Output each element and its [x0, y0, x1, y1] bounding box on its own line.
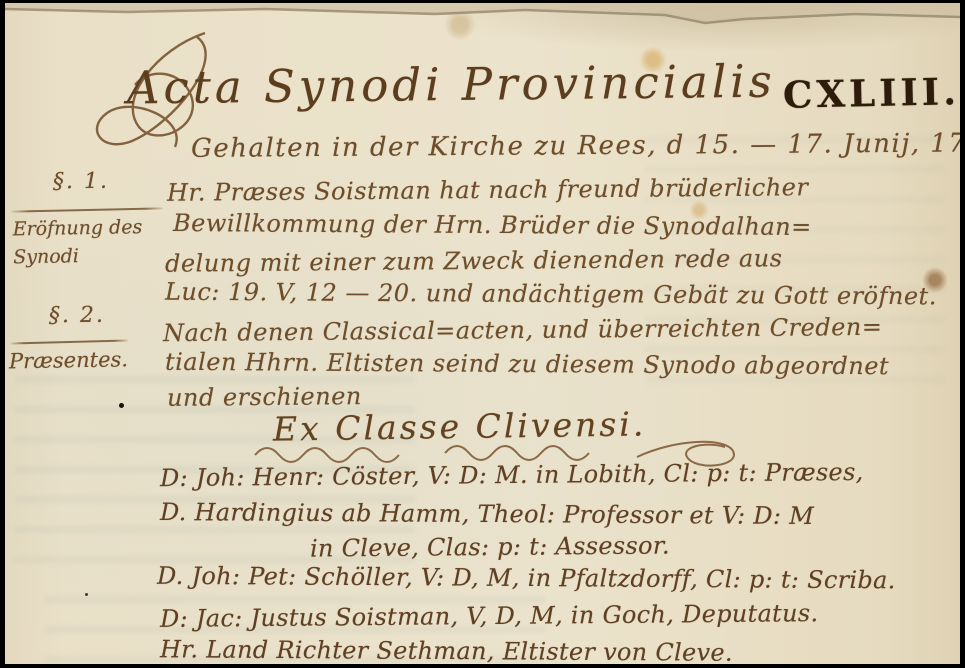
body-line: Hr. Præses Soistman hat nach freund brüd…: [167, 173, 809, 207]
margin-label-1: Eröfnung des Synodi: [13, 214, 169, 272]
body-line: Nach denen Classical=acten, und überreic…: [163, 313, 883, 347]
manuscript-page: Acta Synodi Provincialis CXLIII. Gehalte…: [0, 0, 965, 668]
body-line: Bewillkommung der Hrn. Brüder die Synoda…: [173, 209, 812, 241]
body-line: und erschienen: [167, 382, 362, 412]
margin-section-2: §. 2.: [49, 303, 105, 328]
margin-label-2: Præsentes.: [9, 344, 165, 377]
attendee-line: in Cleve, Clas: p: t: Assessor.: [310, 531, 670, 562]
page-title: Acta Synodi Provincialis: [127, 55, 776, 115]
body-line: delung mit einer zum Zweck dienenden red…: [165, 244, 783, 277]
ink-dot: [85, 593, 88, 596]
margin-rule-1: [11, 207, 163, 212]
attendee-line: Hr. Land Richter Sethman, Eltister von C…: [160, 635, 733, 666]
title-numeral: CXLIII.: [783, 69, 961, 117]
body-line: tialen Hhrn. Eltisten seind zu diesem Sy…: [165, 348, 889, 380]
body-line: Luc: 19. V, 12 — 20. und andächtigem Geb…: [165, 278, 937, 311]
attendee-line: D. Joh: Pet: Schöller, V: D, M, in Pfalt…: [157, 562, 896, 595]
ink-dot: [119, 403, 124, 408]
margin-section-1: §. 1.: [53, 169, 109, 194]
dateline: Gehalten in der Kirche zu Rees, d 15. — …: [191, 128, 965, 164]
attendee-line: D: Jac: Justus Soistman, V, D, M, in Goc…: [160, 599, 819, 633]
attendee-line: D. Hardingius ab Hamm, Theol: Professor …: [160, 498, 814, 530]
attendee-line: D: Joh: Henr: Cöster, V: D: M. in Lobith…: [160, 458, 864, 492]
